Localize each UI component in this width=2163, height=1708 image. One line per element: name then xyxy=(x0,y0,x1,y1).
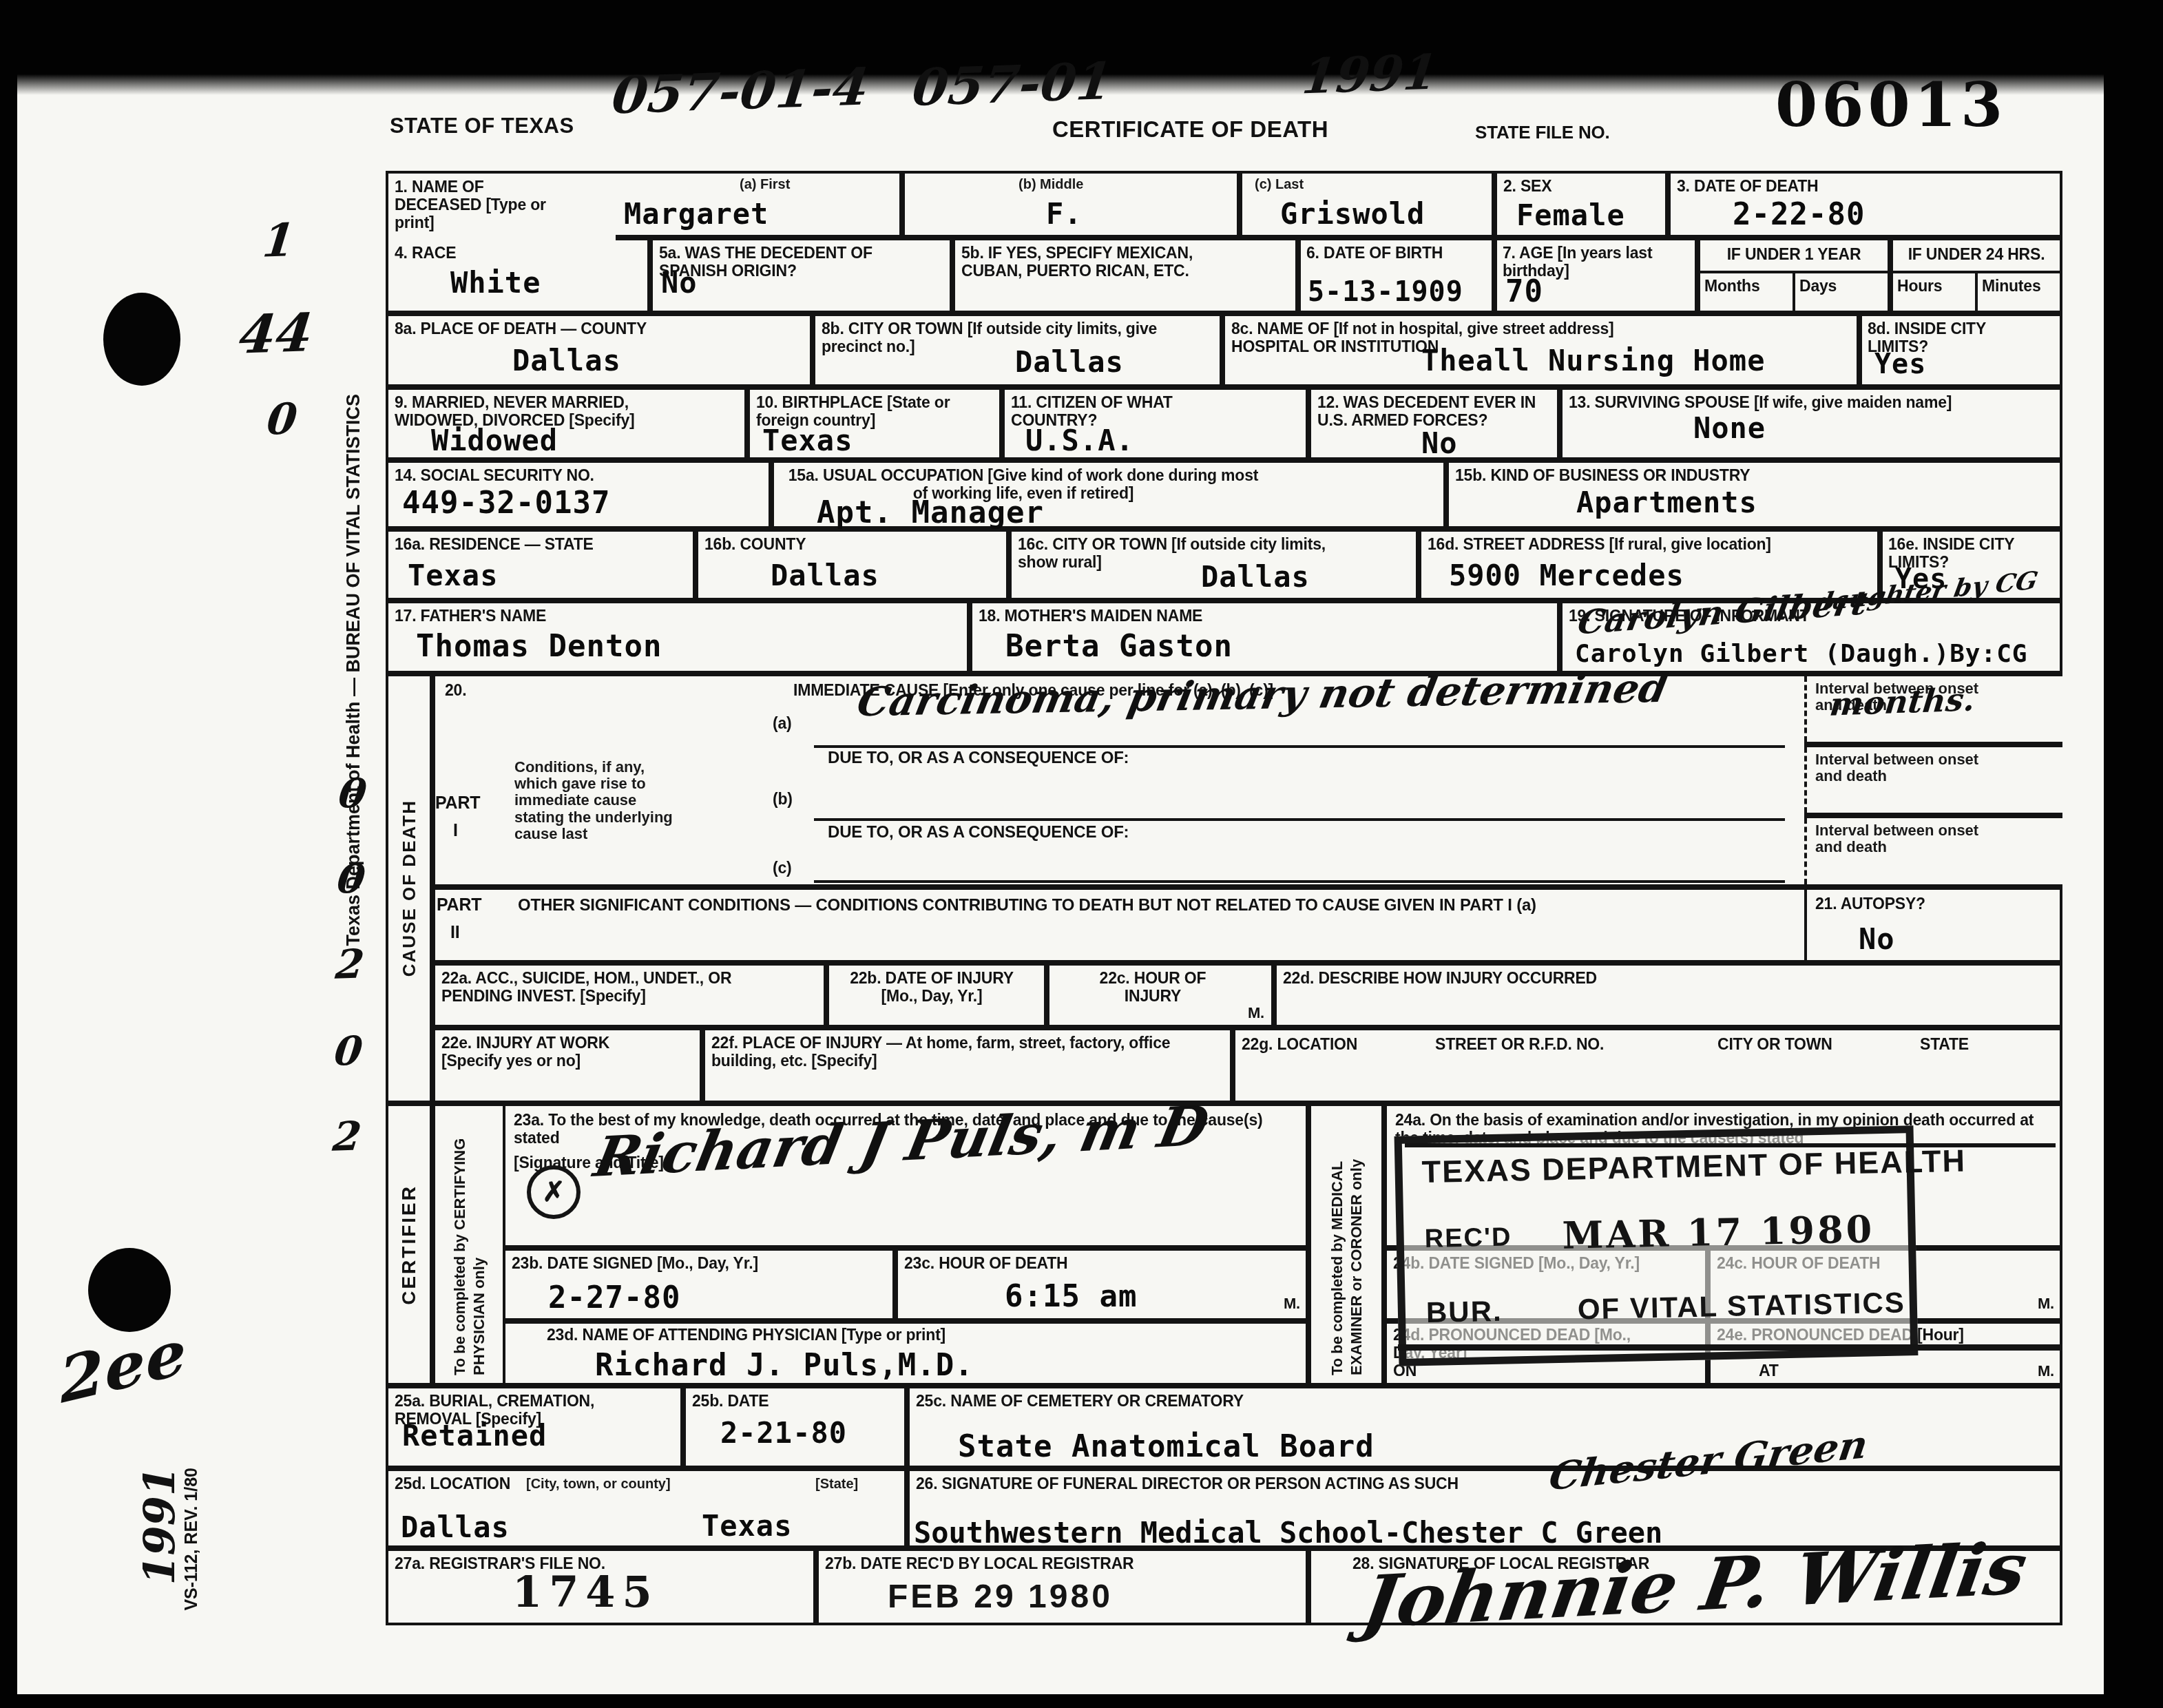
val-15b: Apartments xyxy=(1576,486,1757,519)
field-15b-industry: 15b. KIND OF BUSINESS OR INDUSTRY Apartm… xyxy=(1449,463,2060,526)
val-first: Margaret xyxy=(624,197,769,231)
val-25a: Retained xyxy=(402,1419,547,1452)
val-age: 70 xyxy=(1505,274,1543,309)
field-1c-last: (c) Last Griswold xyxy=(1242,174,1492,235)
field-8c-institution: 8c. NAME OF [If not in hospital, give st… xyxy=(1225,316,1857,384)
field-22d: 22d. DESCRIBE HOW INJURY OCCURRED xyxy=(1277,966,2060,1025)
field-18-mother: 18. MOTHER'S MAIDEN NAME Berta Gaston xyxy=(972,603,1557,671)
rule-b xyxy=(814,818,1785,821)
margin-hw-1991-wrap: 1991 xyxy=(135,1429,183,1622)
val-17: Thomas Denton xyxy=(416,629,662,664)
lbl-1a: (a) First xyxy=(740,177,790,192)
lbl-interval-b: Interval between onset and death xyxy=(1815,751,2008,784)
lbl-22g-street: STREET OR R.F.D. NO. xyxy=(1435,1036,1604,1054)
field-10-birthplace: 10. BIRTHPLACE [State or foreign country… xyxy=(750,390,999,457)
field-17-father: 17. FATHER'S NAME Thomas Denton xyxy=(388,603,967,671)
lbl-17: 17. FATHER'S NAME xyxy=(395,607,546,625)
val-27a: 1745 xyxy=(512,1567,659,1617)
val-23b: 2-27-80 xyxy=(548,1280,680,1315)
lbl-25d: 25d. LOCATION xyxy=(395,1475,510,1493)
field-23d: 23d. NAME OF ATTENDING PHYSICIAN [Type o… xyxy=(505,1324,1306,1383)
state-file-number: 06013 xyxy=(1775,69,2007,140)
field-2-sex: 2. SEX Female xyxy=(1497,174,1665,235)
val-23c: 6:15 am xyxy=(1005,1279,1137,1314)
lbl-27b: 27b. DATE REC'D BY LOCAL REGISTRAR xyxy=(825,1555,1134,1573)
val-25c: State Anatomical Board xyxy=(958,1429,1375,1464)
val-16a: Texas xyxy=(408,559,498,592)
field-12-armed-forces: 12. WAS DECEDENT EVER IN U.S. ARMED FORC… xyxy=(1311,390,1557,457)
val-last: Griswold xyxy=(1280,197,1425,231)
hole-punch-top xyxy=(103,293,180,386)
rule-c xyxy=(814,880,1785,883)
field-8a-county: 8a. PLACE OF DEATH — COUNTY Dallas xyxy=(388,316,810,384)
val-10: Texas xyxy=(762,424,853,457)
under24-subcells: Hours Minutes xyxy=(1893,271,2060,311)
margin-hw-col-3: 0 xyxy=(332,1027,365,1074)
field-13-spouse: 13. SURVIVING SPOUSE [If wife, give maid… xyxy=(1563,390,2060,457)
margin-dept-vertical: Texas Department of Health — BUREAU OF V… xyxy=(336,207,370,1133)
lbl-24e-at: AT xyxy=(1759,1362,1779,1380)
lbl-8a: 8a. PLACE OF DEATH — COUNTY xyxy=(395,320,647,338)
margin-hw-1991: 1991 xyxy=(134,1466,185,1585)
lbl-23c: 23c. HOUR OF DEATH xyxy=(904,1255,1068,1273)
lbl-3: 3. DATE OF DEATH xyxy=(1677,178,1819,196)
interval-a-handwritten: months. xyxy=(1828,680,1977,722)
lbl-due-1: DUE TO, OR AS A CONSEQUENCE OF: xyxy=(828,749,1129,768)
field-5b-spanish-specify: 5b. IF YES, SPECIFY MEXICAN, CUBAN, PUER… xyxy=(955,240,1295,311)
physician-strip-label: To be completed by CERTIFYING PHYSICIAN … xyxy=(450,1114,488,1375)
field-25d: 25d. LOCATION [City, town, or county] [S… xyxy=(388,1471,904,1545)
lbl-hours: Hours xyxy=(1893,273,1978,311)
header-hw-code2: 057-01 xyxy=(910,52,1115,118)
val-dob: 5-13-1909 xyxy=(1308,276,1463,308)
form-code: VS-112, REV. 1/80 xyxy=(182,1468,202,1611)
val-8a: Dallas xyxy=(512,344,621,377)
margin-hw-44: 44 xyxy=(236,302,316,366)
under1-subcells: Months Days xyxy=(1700,271,1888,311)
header-file-label: STATE FILE NO. xyxy=(1475,123,1610,143)
field-22g: 22g. LOCATION STREET OR R.F.D. NO. CITY … xyxy=(1235,1030,2060,1101)
field-25c: 25c. NAME OF CEMETERY OR CREMATORY State… xyxy=(910,1388,2060,1466)
val-27b: FEB 29 1980 xyxy=(888,1578,1113,1616)
lbl-22g: 22g. LOCATION xyxy=(1242,1036,1357,1054)
val-13: None xyxy=(1693,411,1766,445)
field-under-1-year: IF UNDER 1 YEAR Months Days xyxy=(1700,240,1888,311)
lbl-12: 12. WAS DECEDENT EVER IN U.S. ARMED FORC… xyxy=(1317,394,1538,430)
lbl-conditions: Conditions, if any, which gave rise to i… xyxy=(514,759,687,842)
val-25b: 2-21-80 xyxy=(720,1416,847,1450)
field-22f: 22f. PLACE OF INJURY — At home, farm, st… xyxy=(705,1030,1230,1101)
stamp-bur: BUR. xyxy=(1425,1295,1503,1329)
lbl-line-b: (b) xyxy=(773,791,793,809)
margin-hw-col-4: 2 xyxy=(331,1112,364,1160)
stamp-recd: REC'D xyxy=(1424,1222,1512,1254)
val-12: No xyxy=(1421,426,1458,460)
header-hw-code1: 057-01-4 xyxy=(609,58,872,126)
field-27a: 27a. REGISTRAR'S FILE NO. 1745 xyxy=(388,1551,813,1623)
lbl-22b: 22b. DATE OF INJURY [Mo., Day, Yr.] xyxy=(835,970,1028,1006)
lbl-part: PART xyxy=(435,793,480,813)
field-3-date-of-death: 3. DATE OF DEATH 2-22-80 xyxy=(1671,174,2060,235)
field-23b: 23b. DATE SIGNED [Mo., Day, Yr.] 2-27-80 xyxy=(505,1251,892,1318)
lbl-2: 2. SEX xyxy=(1503,178,1551,196)
field-16c-res-city: 16c. CITY OR TOWN [If outside city limit… xyxy=(1012,532,1416,598)
margin-hw-col-1: 0 xyxy=(335,855,368,902)
lbl-23c-m: M. xyxy=(1284,1295,1300,1313)
lbl-1: 1. NAME OF DECEASED [Type or print] xyxy=(395,178,546,231)
lbl-1b: (b) Middle xyxy=(1018,177,1083,192)
lbl-months: Months xyxy=(1700,273,1795,311)
margin-hw-0: 0 xyxy=(264,393,300,444)
field-22e: 22e. INJURY AT WORK [Specify yes or no] xyxy=(435,1030,700,1101)
field-16b-res-county: 16b. COUNTY Dallas xyxy=(698,532,1006,598)
field-27b: 27b. DATE REC'D BY LOCAL REGISTRAR FEB 2… xyxy=(819,1551,1306,1623)
lbl-22f: 22f. PLACE OF INJURY — At home, farm, st… xyxy=(711,1034,1193,1070)
lbl-part1-i: I xyxy=(453,821,458,840)
val-15a: Apt. Manager xyxy=(817,495,1044,530)
val-16d: 5900 Mercedes xyxy=(1449,559,1684,592)
lbl-25b: 25b. DATE xyxy=(692,1393,769,1410)
lbl-5b: 5b. IF YES, SPECIFY MEXICAN, CUBAN, PUER… xyxy=(961,244,1257,280)
field-15a-occupation: 15a. USUAL OCCUPATION [Give kind of work… xyxy=(774,463,1443,526)
field-16a-res-state: 16a. RESIDENCE — STATE Texas xyxy=(388,532,693,598)
lbl-other-conditions: OTHER SIGNIFICANT CONDITIONS — CONDITION… xyxy=(518,897,1792,915)
lbl-20: 20. xyxy=(445,682,466,700)
val-8b: Dallas xyxy=(1015,345,1124,379)
lbl-22d: 22d. DESCRIBE HOW INJURY OCCURRED xyxy=(1283,970,1597,988)
field-8d-inside-city: 8d. INSIDE CITY LIMITS? Yes xyxy=(1862,316,2060,384)
medical-examiner-strip-label: To be completed by MEDICAL EXAMINER or C… xyxy=(1328,1114,1366,1375)
field-5a-spanish: 5a. WAS THE DECEDENT OF SPANISH ORIGIN? … xyxy=(653,240,950,311)
form-code-wrap: VS-112, REV. 1/80 xyxy=(178,1439,205,1639)
field-22b: 22b. DATE OF INJURY [Mo., Day, Yr.] xyxy=(829,966,1044,1025)
val-16b: Dallas xyxy=(771,559,879,592)
lbl-16b: 16b. COUNTY xyxy=(704,536,806,554)
margin-hw-1: 1 xyxy=(260,213,297,268)
lbl-21: 21. AUTOPSY? xyxy=(1815,895,1925,913)
field-22a: 22a. ACC., SUICIDE, HOM., UNDET., OR PEN… xyxy=(435,966,824,1025)
scanned-death-certificate: Texas Department of Health — BUREAU OF V… xyxy=(0,0,2163,1708)
field-8b-city: 8b. CITY OR TOWN [If outside city limits… xyxy=(815,316,1220,384)
lbl-4: 4. RACE xyxy=(395,244,456,262)
lbl-22g-city: CITY OR TOWN xyxy=(1717,1036,1832,1054)
certifier-x-mark: ✗ xyxy=(527,1165,581,1219)
stamp-stroke-top xyxy=(1405,1143,2056,1147)
lbl-8b: 8b. CITY OR TOWN [If outside city limits… xyxy=(822,320,1180,356)
field-9-marital: 9. MARRIED, NEVER MARRIED, WIDOWED, DIVO… xyxy=(388,390,744,457)
lbl-due-2: DUE TO, OR AS A CONSEQUENCE OF: xyxy=(828,824,1129,842)
val-26-typed: Southwestern Medical School-Chester C Gr… xyxy=(914,1516,1662,1550)
cause-of-death-sidebar: CAUSE OF DEATH xyxy=(388,676,430,1101)
stamp-stroke-bottom xyxy=(1398,1344,2062,1351)
header-hw-year: 1991 xyxy=(1299,43,1440,105)
header-title: CERTIFICATE OF DEATH xyxy=(1052,117,1328,143)
val-16c: Dallas xyxy=(1201,560,1310,594)
header-state: STATE OF TEXAS xyxy=(390,114,574,138)
field-7-age: 7. AGE [In years last birthday] 70 xyxy=(1497,240,1695,311)
certifier-side-label: CERTIFIER xyxy=(398,1185,420,1305)
lbl-part2: PART xyxy=(437,895,481,915)
val-sex: Female xyxy=(1516,198,1625,232)
val-dod: 2-22-80 xyxy=(1733,197,1865,232)
lbl-5a: 5a. WAS THE DECEDENT OF SPANISH ORIGIN? xyxy=(659,244,934,280)
stamp-vital: OF VITAL STATISTICS xyxy=(1577,1286,1905,1326)
lbl-22a: 22a. ACC., SUICIDE, HOM., UNDET., OR PEN… xyxy=(441,970,800,1006)
val-middle: F. xyxy=(1046,197,1083,231)
val-23d: Richard J. Puls,M.D. xyxy=(595,1348,974,1383)
margin-hw-col-2: 2 xyxy=(333,940,366,988)
field-25a: 25a. BURIAL, CREMATION, REMOVAL [Specify… xyxy=(388,1388,680,1466)
val-8d: Yes xyxy=(1874,348,1926,380)
rule-a xyxy=(814,745,1785,748)
lbl-24c-m: M. xyxy=(2038,1295,2054,1313)
certifier-sidebar: CERTIFIER xyxy=(388,1106,430,1383)
field-22c: 22c. HOUR OF INJURY M. xyxy=(1049,966,1271,1025)
lbl-15b: 15b. KIND OF BUSINESS OR INDUSTRY xyxy=(1455,467,1750,485)
stamp-line1: TEXAS DEPARTMENT OF HEALTH xyxy=(1421,1143,1966,1191)
val-9: Widowed xyxy=(431,424,558,457)
lbl-under24: IF UNDER 24 HRS. xyxy=(1893,240,2060,264)
field-1-name: 1. NAME OF DECEASED [Type or print] xyxy=(388,174,616,244)
lbl-23b: 23b. DATE SIGNED [Mo., Day, Yr.] xyxy=(512,1255,758,1273)
lbl-under1: IF UNDER 1 YEAR xyxy=(1700,240,1888,264)
interval-c: Interval between onset and death xyxy=(1804,818,2062,884)
field-23c: 23c. HOUR OF DEATH 6:15 am M. xyxy=(898,1251,1306,1318)
field-4-race: 4. RACE White xyxy=(388,240,647,311)
val-11: U.S.A. xyxy=(1025,424,1134,457)
medical-examiner-strip: To be completed by MEDICAL EXAMINER or C… xyxy=(1311,1106,1381,1383)
val-spanish: No xyxy=(661,266,698,300)
lbl-22g-state: STATE xyxy=(1920,1036,1969,1054)
lbl-6: 6. DATE OF BIRTH xyxy=(1306,244,1443,262)
field-under-24-hrs: IF UNDER 24 HRS. Hours Minutes xyxy=(1893,240,2060,311)
val-25d-city: Dallas xyxy=(401,1510,510,1544)
lbl-26: 26. SIGNATURE OF FUNERAL DIRECTOR OR PER… xyxy=(916,1475,1459,1493)
lbl-24e-m: M. xyxy=(2038,1363,2054,1380)
lbl-days: Days xyxy=(1795,273,1888,311)
lbl-part2-ii: II xyxy=(450,923,460,942)
part2-other-conditions: PART II OTHER SIGNIFICANT CONDITIONS — C… xyxy=(435,890,1804,960)
lbl-25d-state-sub: [State] xyxy=(815,1477,858,1492)
field-6-date-of-birth: 6. DATE OF BIRTH 5-13-1909 xyxy=(1301,240,1492,311)
lbl-interval-c: Interval between onset and death xyxy=(1815,822,2008,855)
lbl-line-a: (a) xyxy=(773,715,792,733)
interval-b: Interval between onset and death xyxy=(1804,747,2062,813)
lbl-16d: 16d. STREET ADDRESS [If rural, give loca… xyxy=(1428,536,1771,554)
lbl-25c: 25c. NAME OF CEMETERY OR CREMATORY xyxy=(916,1393,1244,1410)
val-21: No xyxy=(1859,922,1895,956)
lbl-line-c: (c) xyxy=(773,860,792,877)
lbl-22e: 22e. INJURY AT WORK [Specify yes or no] xyxy=(441,1034,648,1070)
certificate-form: 1. NAME OF DECEASED [Type or print] (a) … xyxy=(386,171,2062,1625)
val-8c: Theall Nursing Home xyxy=(1421,344,1765,377)
field-1a-first: (a) First Margaret xyxy=(609,174,899,235)
received-stamp-box: TEXAS DEPARTMENT OF HEALTH REC'D MAR 17 … xyxy=(1394,1125,1919,1366)
field-21-autopsy: 21. AUTOPSY? No xyxy=(1807,890,2060,960)
val-18: Berta Gaston xyxy=(1005,629,1233,664)
val-14: 449-32-0137 xyxy=(402,486,610,521)
lbl-18: 18. MOTHER'S MAIDEN NAME xyxy=(979,607,1202,625)
lbl-23d: 23d. NAME OF ATTENDING PHYSICIAN [Type o… xyxy=(547,1326,945,1344)
lbl-1c: (c) Last xyxy=(1255,177,1304,192)
field-11-citizen: 11. CITIZEN OF WHAT COUNTRY? U.S.A. xyxy=(1005,390,1306,457)
lbl-14: 14. SOCIAL SECURITY NO. xyxy=(395,467,594,485)
lbl-22c-m: M. xyxy=(1248,1005,1264,1022)
val-race: White xyxy=(450,266,541,300)
field-14-ssn: 14. SOCIAL SECURITY NO. 449-32-0137 xyxy=(388,463,769,526)
stamp-date: MAR 17 1980 xyxy=(1562,1207,1875,1257)
field-25b: 25b. DATE 2-21-80 xyxy=(686,1388,904,1466)
lbl-25d-city-sub: [City, town, or county] xyxy=(526,1477,671,1492)
field-1b-middle: (b) Middle F. xyxy=(905,174,1237,235)
physician-strip: To be completed by CERTIFYING PHYSICIAN … xyxy=(435,1106,503,1383)
lbl-13: 13. SURVIVING SPOUSE [If wife, give maid… xyxy=(1569,394,1952,412)
lbl-minutes: Minutes xyxy=(1978,273,2060,311)
margin-hw-col-0: 0 xyxy=(336,769,369,817)
val-25d-state: Texas xyxy=(702,1509,792,1543)
cause-side-label: CAUSE OF DEATH xyxy=(399,800,420,977)
lbl-16a: 16a. RESIDENCE — STATE xyxy=(395,536,594,554)
val-19-typed: Carolyn Gilbert (Daugh.)By:CG xyxy=(1575,640,2028,668)
lbl-22c: 22c. HOUR OF INJURY xyxy=(1077,970,1229,1006)
hole-punch-bottom xyxy=(88,1248,171,1332)
